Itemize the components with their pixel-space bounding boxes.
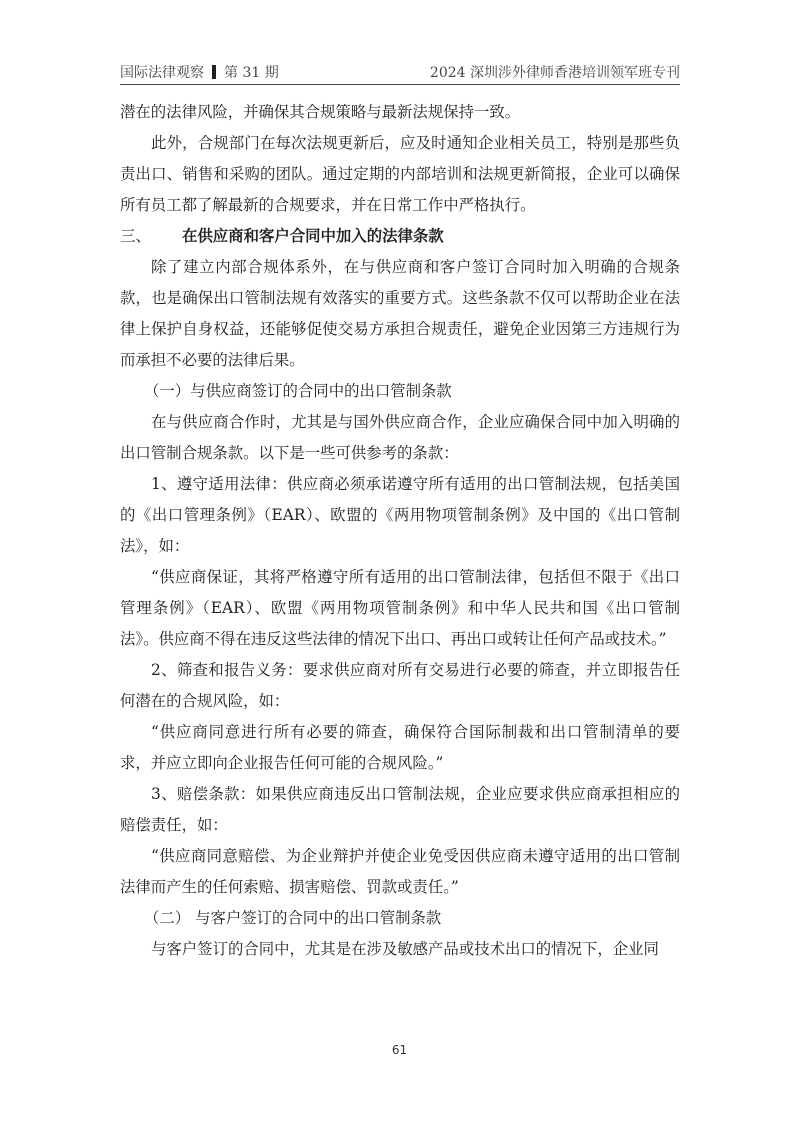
page-body: 潜在的法律风险，并确保其合规策略与最新法规保持一致。 此外，合规部门在每次法规更… (120, 97, 680, 965)
paragraph: 3、赔偿条款：如果供应商违反出口管制法规，企业应要求供应商承担相应的赔偿责任，如… (120, 779, 680, 841)
section-title: 在供应商和客户合同中加入的法律条款 (182, 227, 444, 245)
running-header: 国际法律观察第 31 期 2024 深圳涉外律师香港培训领军班专刊 (120, 60, 680, 85)
paragraph: 此外，合规部门在每次法规更新后，应及时通知企业相关员工，特别是那些负责出口、销售… (120, 128, 680, 221)
section-number: 三、 (120, 221, 182, 252)
journal-title: 国际法律观察 (120, 65, 204, 81)
paragraph: 与客户签订的合同中，尤其是在涉及敏感产品或技术出口的情况下，企业同 (120, 934, 680, 965)
paragraph: 潜在的法律风险，并确保其合规策略与最新法规保持一致。 (120, 97, 680, 128)
special-issue-title: 2024 深圳涉外律师香港培训领军班专刊 (430, 62, 680, 82)
header-left: 国际法律观察第 31 期 (120, 62, 279, 82)
paragraph: 1、遵守适用法律：供应商必须承诺遵守所有适用的出口管制法规，包括美国的《出口管理… (120, 469, 680, 562)
section-heading: 三、在供应商和客户合同中加入的法律条款 (120, 221, 680, 252)
paragraph: 除了建立内部合规体系外，在与供应商和客户签订合同时加入明确的合规条款，也是确保出… (120, 252, 680, 376)
quoted-clause: “供应商保证，其将严格遵守所有适用的出口管制法律，包括但不限于《出口管理条例》（… (120, 562, 680, 655)
page-number: 61 (0, 1043, 799, 1057)
quoted-clause: “供应商同意赔偿、为企业辩护并使企业免受因供应商未遵守适用的出口管制法律而产生的… (120, 841, 680, 903)
subsection-heading: （二） 与客户签订的合同中的出口管制条款 (120, 903, 680, 934)
paragraph: 2、筛查和报告义务：要求供应商对所有交易进行必要的筛查，并立即报告任何潜在的合规… (120, 655, 680, 717)
paragraph: 在与供应商合作时，尤其是与国外供应商合作，企业应确保合同中加入明确的出口管制合规… (120, 407, 680, 469)
quoted-clause: “供应商同意进行所有必要的筛查，确保符合国际制裁和出口管制清单的要求，并应立即向… (120, 717, 680, 779)
issue-number: 第 31 期 (224, 65, 279, 81)
subsection-heading: （一）与供应商签订的合同中的出口管制条款 (120, 376, 680, 407)
separator-bar-icon (212, 65, 216, 79)
